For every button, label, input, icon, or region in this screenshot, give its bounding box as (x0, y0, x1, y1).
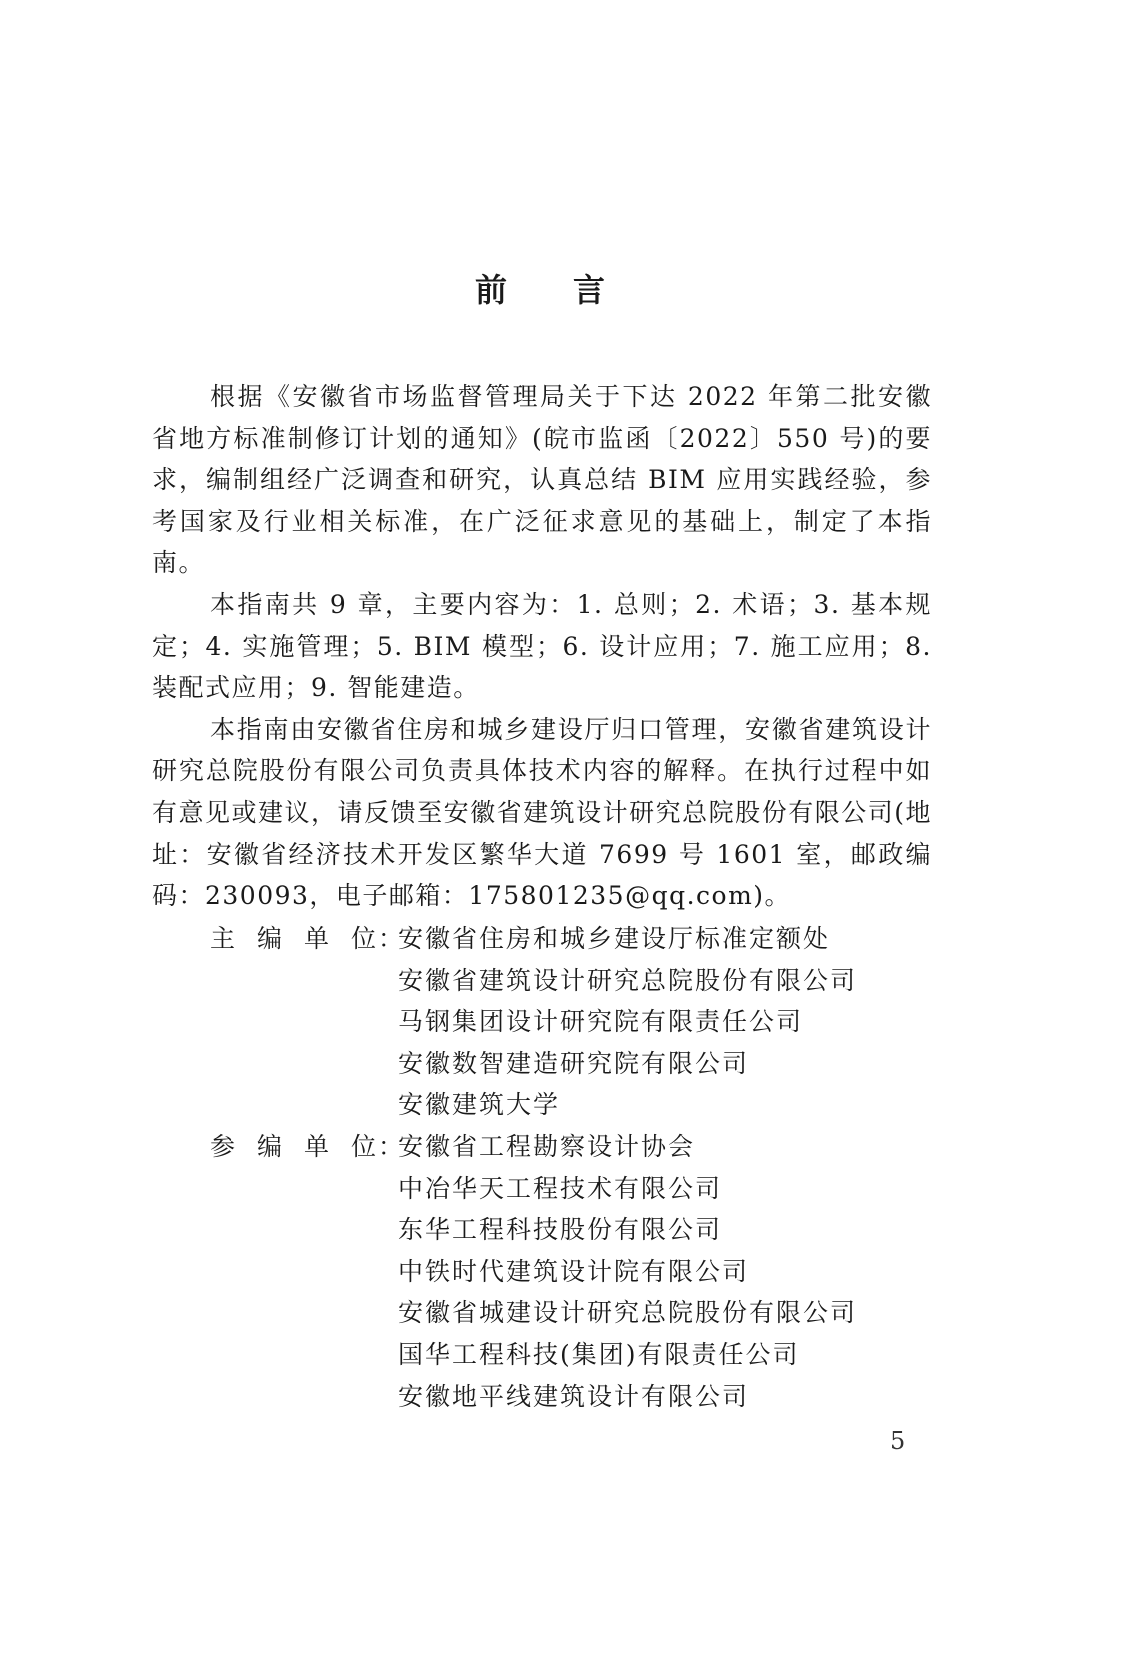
list-item: 安徽省建筑设计研究总院股份有限公司 (398, 960, 857, 1002)
page-number: 5 (890, 1425, 905, 1457)
list-item: 安徽省工程勘察设计协会 (398, 1126, 857, 1168)
participating-units-label: 参编单位： (152, 1126, 398, 1417)
list-item: 安徽数智建造研究院有限公司 (398, 1043, 857, 1085)
list-item: 马钢集团设计研究院有限责任公司 (398, 1001, 857, 1043)
list-item: 中冶华天工程技术有限公司 (398, 1168, 857, 1210)
chief-units-section: 主编单位： 安徽省住房和城乡建设厅标准定额处 安徽省建筑设计研究总院股份有限公司… (152, 918, 932, 1126)
preface-body: 根据《安徽省市场监督管理局关于下达 2022 年第二批安徽省地方标准制修订计划的… (152, 376, 932, 917)
list-item: 安徽省城建设计研究总院股份有限公司 (398, 1292, 857, 1334)
list-item: 国华工程科技(集团)有限责任公司 (398, 1334, 857, 1376)
list-item: 安徽地平线建筑设计有限公司 (398, 1376, 857, 1418)
participating-units-section: 参编单位： 安徽省工程勘察设计协会 中冶华天工程技术有限公司 东华工程科技股份有… (152, 1126, 932, 1417)
list-item: 安徽建筑大学 (398, 1084, 857, 1126)
paragraph-management: 本指南由安徽省住房和城乡建设厅归口管理，安徽省建筑设计研究总院股份有限公司负责具… (152, 709, 932, 917)
list-item: 安徽省住房和城乡建设厅标准定额处 (398, 918, 857, 960)
paragraph-basis: 根据《安徽省市场监督管理局关于下达 2022 年第二批安徽省地方标准制修订计划的… (152, 376, 932, 584)
chief-units-label: 主编单位： (152, 918, 398, 1126)
title-char-1: 前 (475, 271, 507, 309)
list-item: 东华工程科技股份有限公司 (398, 1209, 857, 1251)
page-title: 前言 (0, 266, 1080, 314)
participating-units-list: 安徽省工程勘察设计协会 中冶华天工程技术有限公司 东华工程科技股份有限公司 中铁… (398, 1126, 857, 1417)
chief-units-list: 安徽省住房和城乡建设厅标准定额处 安徽省建筑设计研究总院股份有限公司 马钢集团设… (398, 918, 857, 1126)
list-item: 中铁时代建筑设计院有限公司 (398, 1251, 857, 1293)
paragraph-contents: 本指南共 9 章，主要内容为：1. 总则；2. 术语；3. 基本规定；4. 实施… (152, 584, 932, 709)
title-char-2: 言 (573, 271, 605, 309)
participating-units-group: 参编单位： 安徽省工程勘察设计协会 中冶华天工程技术有限公司 东华工程科技股份有… (152, 1126, 932, 1417)
chief-units-group: 主编单位： 安徽省住房和城乡建设厅标准定额处 安徽省建筑设计研究总院股份有限公司… (152, 918, 932, 1126)
